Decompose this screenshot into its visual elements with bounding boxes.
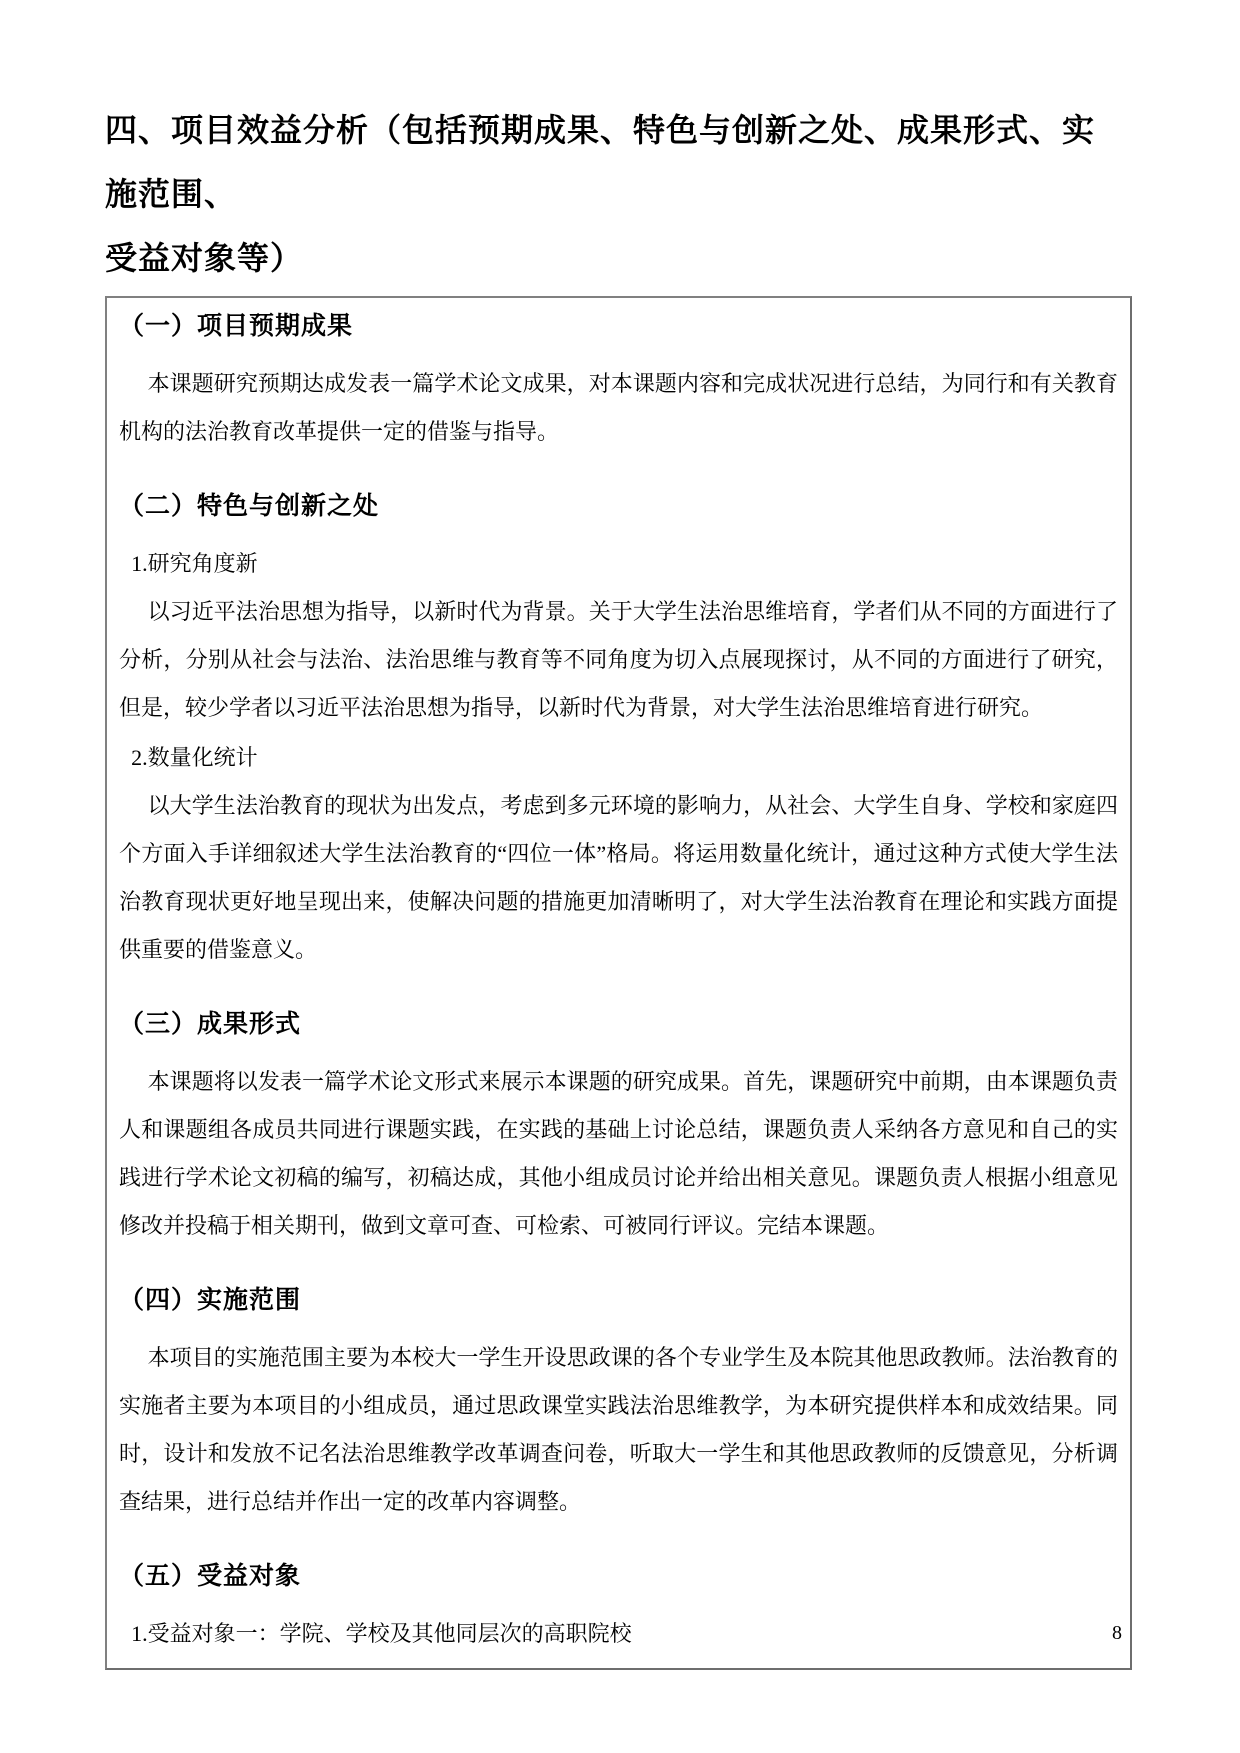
- document-title-line-1: 四、项目效益分析（包括预期成果、特色与创新之处、成果形式、实施范围、: [105, 112, 1095, 212]
- heading-result-form: （三）成果形式: [119, 1006, 1118, 1042]
- subheading-beneficiary-one: 1.受益对象一：学院、学校及其他同层次的高职院校: [119, 1610, 1118, 1658]
- page-number: 8: [1112, 1620, 1122, 1646]
- paragraph-quantitative-statistics: 以大学生法治教育的现状为出发点，考虑到多元环境的影响力，从社会、大学生自身、学校…: [119, 782, 1118, 974]
- paragraph-research-angle: 以习近平法治思想为指导，以新时代为背景。关于大学生法治思维培育，学者们从不同的方…: [119, 588, 1118, 732]
- subheading-quantitative-statistics: 2.数量化统计: [119, 734, 1118, 782]
- heading-features-innovation: （二）特色与创新之处: [119, 488, 1118, 524]
- heading-implementation-scope: （四）实施范围: [119, 1282, 1118, 1318]
- heading-expected-results: （一）项目预期成果: [119, 308, 1118, 344]
- heading-beneficiaries: （五）受益对象: [119, 1558, 1118, 1594]
- subheading-research-angle: 1.研究角度新: [119, 540, 1118, 588]
- document-page: 四、项目效益分析（包括预期成果、特色与创新之处、成果形式、实施范围、 受益对象等…: [0, 0, 1240, 1753]
- paragraph-expected-results: 本课题研究预期达成发表一篇学术论文成果，对本课题内容和完成状况进行总结，为同行和…: [119, 360, 1118, 456]
- paragraph-result-form: 本课题将以发表一篇学术论文形式来展示本课题的研究成果。首先，课题研究中前期，由本…: [119, 1058, 1118, 1250]
- document-title-line-2: 受益对象等）: [105, 240, 303, 276]
- document-title: 四、项目效益分析（包括预期成果、特色与创新之处、成果形式、实施范围、 受益对象等…: [105, 98, 1110, 290]
- paragraph-implementation-scope: 本项目的实施范围主要为本校大一学生开设思政课的各个专业学生及本院其他思政教师。法…: [119, 1334, 1118, 1526]
- content-box: （一）项目预期成果 本课题研究预期达成发表一篇学术论文成果，对本课题内容和完成状…: [105, 296, 1132, 1670]
